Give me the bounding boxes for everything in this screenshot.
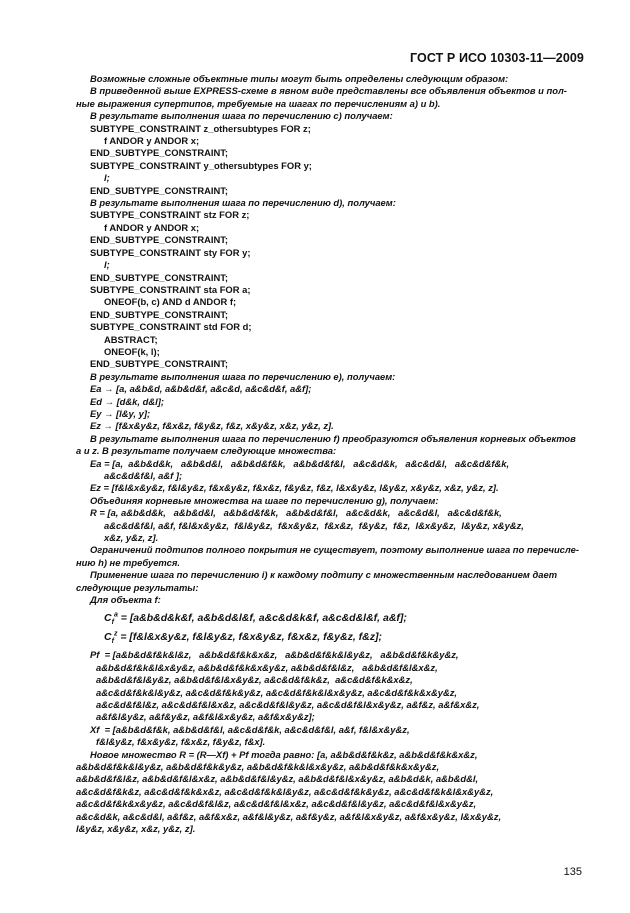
formula-cfa-value: [a&b&d&k&f, a&b&d&l&f, a&c&d&k&f, a&c&d&… — [130, 612, 407, 624]
text-line: a&b&d&f&l&y&z, a&b&d&f&l&x&y&z, a&c&d&f&… — [76, 674, 582, 686]
formula-cfa: Cfa = [a&b&d&k&f, a&b&d&l&f, a&c&d&k&f, … — [76, 612, 582, 624]
text-line: END_SUBTYPE_CONSTRAINT; — [76, 147, 582, 159]
text-line: END_SUBTYPE_CONSTRAINT; — [76, 272, 582, 284]
text-line: END_SUBTYPE_CONSTRAINT; — [76, 358, 582, 370]
text-line: Pf = [a&b&d&f&k&l&z, a&b&d&f&k&x&z, a&b&… — [76, 649, 582, 661]
text-line: a&c&d&f&k&x&y&z, a&c&d&f&l&z, a&c&d&f&l&… — [76, 798, 582, 810]
text-line: SUBTYPE_CONSTRAINT z_othersubtypes FOR z… — [76, 123, 582, 135]
text-line: x&z, y&z, z]. — [76, 532, 582, 544]
text-line: SUBTYPE_CONSTRAINT sta FOR a; — [76, 284, 582, 296]
text-line: В приведенной выше EXPRESS-схеме в явном… — [76, 85, 582, 97]
text-block-2: Pf = [a&b&d&f&k&l&z, a&b&d&f&k&x&z, a&b&… — [76, 649, 582, 835]
text-line: a&f&l&y&z, a&f&y&z, a&f&l&x&y&z, a&f&x&y… — [76, 711, 582, 723]
text-line: нию h) не требуется. — [76, 557, 582, 569]
document-header-title: ГОСТ Р ИСО 10303-11—2009 — [410, 51, 584, 65]
text-line: a&b&d&f&k&l&y&z, a&b&d&f&k&y&z, a&b&d&f&… — [76, 761, 582, 773]
text-line: Ограничений подтипов полного покрытия не… — [76, 544, 582, 556]
text-line: В результате выполнения шага по перечисл… — [76, 433, 582, 445]
text-line: Возможные сложные объектные типы могут б… — [76, 73, 582, 85]
text-line: R = [a, a&b&d&k, a&b&d&l, a&b&d&f&k, a&b… — [76, 507, 582, 519]
text-line: ONEOF(k, l); — [76, 346, 582, 358]
text-line: Ea → [a, a&b&d, a&b&d&f, a&c&d, a&c&d&f,… — [76, 383, 582, 395]
text-line: a&c&d&f&k&l&y&z, a&c&d&f&k&y&z, a&c&d&f&… — [76, 687, 582, 699]
text-line: f ANDOR y ANDOR x; — [76, 135, 582, 147]
text-line: l; — [76, 259, 582, 271]
text-line: f ANDOR y ANDOR x; — [76, 222, 582, 234]
text-line: ABSTRACT; — [76, 334, 582, 346]
text-line: ONEOF(b, c) AND d ANDOR f; — [76, 296, 582, 308]
text-line: Xf = [a&b&d&f&k, a&b&d&f&l, a&c&d&f&k, a… — [76, 724, 582, 736]
text-line: a&c&d&f&l, a&f, f&l&x&y&z, f&l&y&z, f&x&… — [76, 520, 582, 532]
text-line: Новое множество R = (R—Xf) + Pf тогда ра… — [76, 749, 582, 761]
text-line: a&c&d&k, a&c&d&l, a&f&z, a&f&x&z, a&f&l&… — [76, 811, 582, 823]
text-line: Ez → [f&x&y&z, f&x&z, f&y&z, f&z, x&y&z,… — [76, 420, 582, 432]
text-line: Ez = [f&l&x&y&z, f&l&y&z, f&x&y&z, f&x&z… — [76, 482, 582, 494]
text-line: SUBTYPE_CONSTRAINT std FOR d; — [76, 321, 582, 333]
page-number: 135 — [564, 866, 582, 878]
text-line: a&c&d&f&k&z, a&c&d&f&k&x&z, a&c&d&f&k&l&… — [76, 786, 582, 798]
text-line: a&c&d&f&l&z, a&c&d&f&l&x&z, a&c&d&f&l&y&… — [76, 699, 582, 711]
text-line: Для объекта f: — [76, 594, 582, 606]
text-line: ные выражения супертипов, требуемые на ш… — [76, 98, 582, 110]
text-line: Ed → [d&k, d&l]; — [76, 396, 582, 408]
text-line: следующие результаты: — [76, 582, 582, 594]
text-line: В результате выполнения шага по перечисл… — [76, 110, 582, 122]
text-line: a&b&d&f&l&z, a&b&d&f&l&x&z, a&b&d&f&l&y&… — [76, 773, 582, 785]
text-line: l; — [76, 172, 582, 184]
text-line: a&b&d&f&k&l&x&y&z, a&b&d&f&k&x&y&z, a&b&… — [76, 662, 582, 674]
text-line: END_SUBTYPE_CONSTRAINT; — [76, 185, 582, 197]
text-line: Ey → [l&y, y]; — [76, 408, 582, 420]
text-line: l&y&z, x&y&z, x&z, y&z, z]. — [76, 823, 582, 835]
formula-cfz-value: [f&l&x&y&z, f&l&y&z, f&x&y&z, f&x&z, f&y… — [129, 631, 382, 643]
text-line: f&l&y&z, f&x&y&z, f&x&z, f&y&z, f&x]. — [76, 736, 582, 748]
text-line: a&c&d&f&l, a&f ]; — [76, 470, 582, 482]
text-block-1: Возможные сложные объектные типы могут б… — [76, 73, 582, 606]
text-line: Ea = [a, a&b&d&k, a&b&d&l, a&b&d&f&k, a&… — [76, 458, 582, 470]
text-line: SUBTYPE_CONSTRAINT stz FOR z; — [76, 209, 582, 221]
text-line: END_SUBTYPE_CONSTRAINT; — [76, 234, 582, 246]
text-line: Объединяя корневые множества на шаге по … — [76, 495, 582, 507]
document-body: Возможные сложные объектные типы могут б… — [76, 73, 582, 835]
text-line: В результате выполнения шага по перечисл… — [76, 197, 582, 209]
formula-cfz: Cfz = [f&l&x&y&z, f&l&y&z, f&x&y&z, f&x&… — [76, 631, 582, 643]
text-line: Применение шага по перечислению i) к каж… — [76, 569, 582, 581]
text-line: В результате выполнения шага по перечисл… — [76, 371, 582, 383]
text-line: END_SUBTYPE_CONSTRAINT; — [76, 309, 582, 321]
text-line: SUBTYPE_CONSTRAINT sty FOR y; — [76, 247, 582, 259]
text-line: SUBTYPE_CONSTRAINT y_othersubtypes FOR y… — [76, 160, 582, 172]
text-line: a и z. В результате получаем следующие м… — [76, 445, 582, 457]
